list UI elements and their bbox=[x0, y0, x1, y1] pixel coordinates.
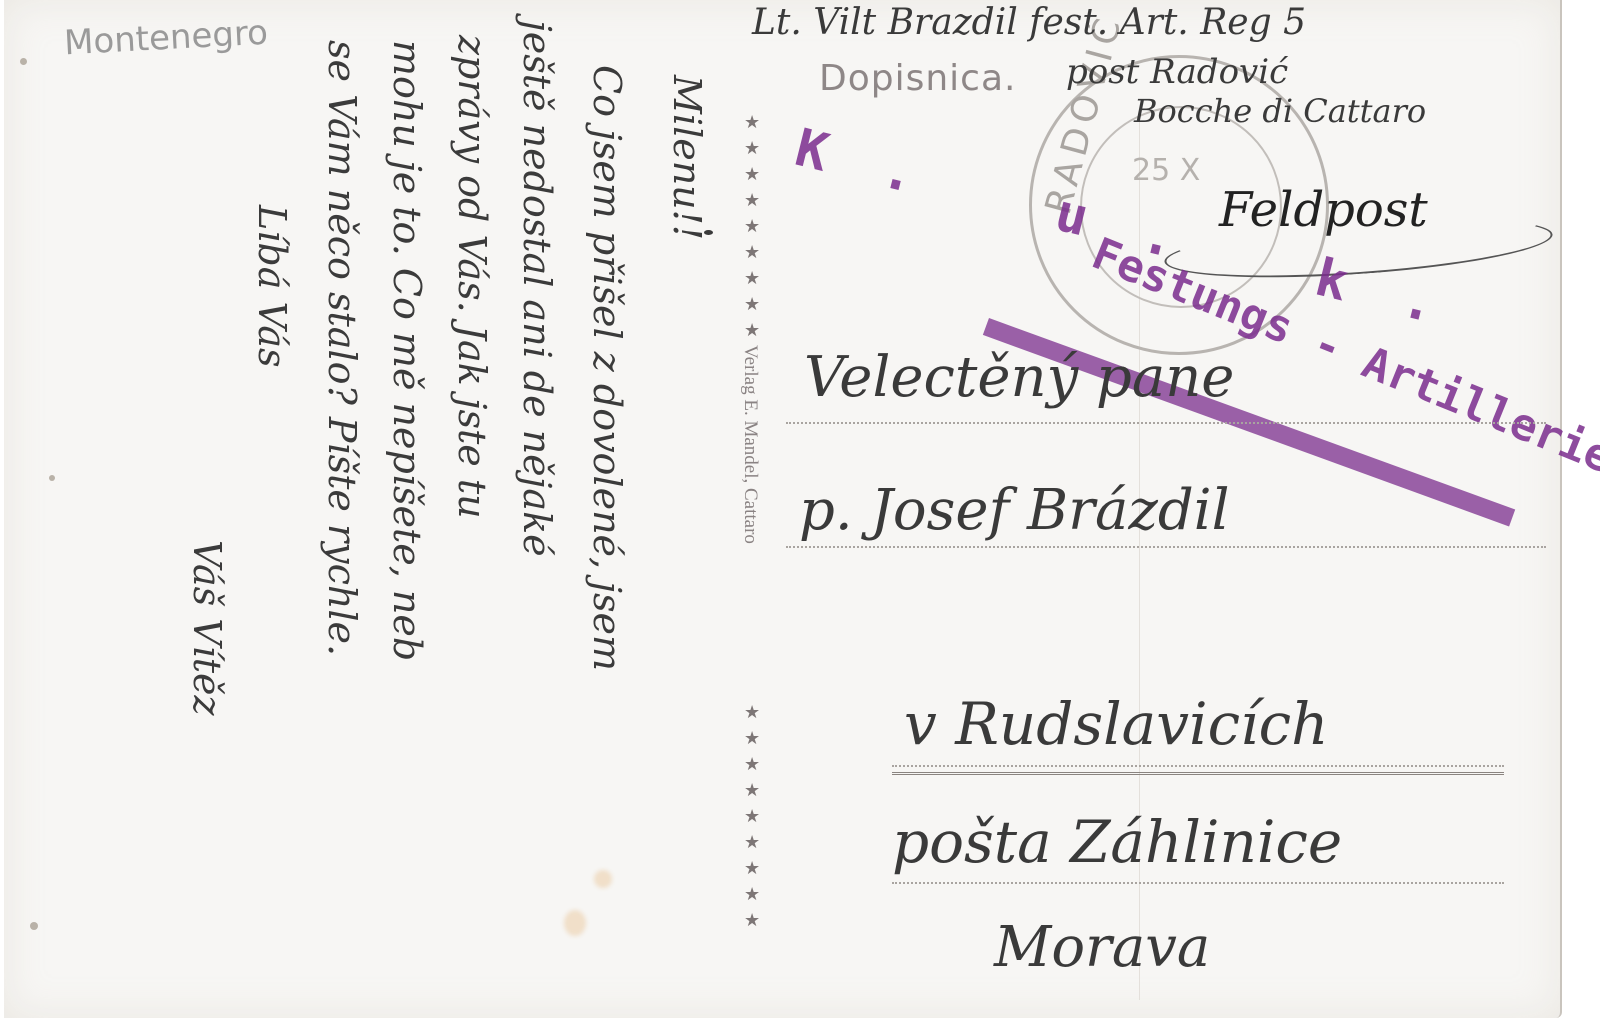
paper-speck bbox=[30, 922, 38, 930]
star-icon: ★ bbox=[744, 320, 760, 342]
star-icon: ★ bbox=[744, 754, 760, 776]
address-line-1 bbox=[786, 422, 1546, 424]
message-line-3: ještě nedostal ani de nějaké bbox=[515, 20, 559, 557]
star-icon: ★ bbox=[744, 780, 760, 802]
foxing-stain bbox=[594, 870, 612, 888]
paper-speck bbox=[49, 475, 55, 481]
star-icon: ★ bbox=[744, 242, 760, 264]
paper-speck bbox=[20, 58, 27, 65]
star-icon: ★ bbox=[744, 190, 760, 212]
address-name: p. Josef Brázdil bbox=[799, 478, 1230, 543]
sender-line-3: Bocche di Cattaro bbox=[1134, 92, 1426, 130]
star-icon: ★ bbox=[744, 294, 760, 316]
star-icon: ★ bbox=[744, 728, 760, 750]
address-line-3 bbox=[892, 765, 1504, 767]
star-column-lower: ★ ★ ★ ★ ★ ★ ★ ★ ★ bbox=[744, 702, 760, 932]
sender-line-2: post Radović bbox=[1066, 52, 1288, 92]
sender-line-1: Lt. Vilt Brazdil fest. Art. Reg 5 bbox=[752, 2, 1306, 43]
star-icon: ★ bbox=[744, 216, 760, 238]
message-line-1: Milenu!! bbox=[665, 75, 709, 240]
message-line-4: zprávy od Vás. Jak jste tu bbox=[450, 35, 494, 519]
star-icon: ★ bbox=[744, 832, 760, 854]
star-icon: ★ bbox=[744, 858, 760, 880]
message-line-6: se Vám něco stalo? Píšte rychle. bbox=[320, 40, 364, 656]
message-signature: Váš Vítěz bbox=[185, 540, 229, 716]
address-line-2 bbox=[786, 546, 1546, 548]
address-region: Morava bbox=[994, 915, 1210, 980]
star-icon: ★ bbox=[744, 884, 760, 906]
card-type-label: Dopisnica. bbox=[819, 58, 1016, 99]
address-line-4 bbox=[892, 882, 1504, 884]
star-column-upper: ★ ★ ★ ★ ★ ★ ★ ★ ★ bbox=[744, 112, 760, 342]
star-icon: ★ bbox=[744, 138, 760, 160]
address-underline bbox=[892, 772, 1504, 775]
star-icon: ★ bbox=[744, 910, 760, 932]
address-town: v Rudslavicích bbox=[904, 690, 1328, 758]
star-icon: ★ bbox=[744, 164, 760, 186]
foxing-stain bbox=[564, 910, 586, 936]
star-icon: ★ bbox=[744, 806, 760, 828]
star-icon: ★ bbox=[744, 702, 760, 724]
star-icon: ★ bbox=[744, 112, 760, 134]
postcard: Montenegro Dopisnica. ★ ★ ★ ★ ★ ★ ★ ★ ★ … bbox=[4, 0, 1562, 1018]
address-salutation: Velectěný pane bbox=[804, 345, 1234, 410]
message-line-5: mohu je to. Co mě nepíšete, neb bbox=[385, 40, 429, 661]
address-post-office: pošta Záhlinice bbox=[892, 808, 1342, 876]
publisher-imprint: Verlag E. Mandel, Cattaro bbox=[739, 345, 761, 544]
message-closing: Líbá Vás bbox=[250, 205, 294, 368]
message-line-2: Co jsem přišel z dovolené, jsem bbox=[585, 65, 629, 671]
pencil-note: Montenegro bbox=[63, 13, 269, 64]
postmark-date: 25 X bbox=[1132, 153, 1200, 188]
star-icon: ★ bbox=[744, 268, 760, 290]
